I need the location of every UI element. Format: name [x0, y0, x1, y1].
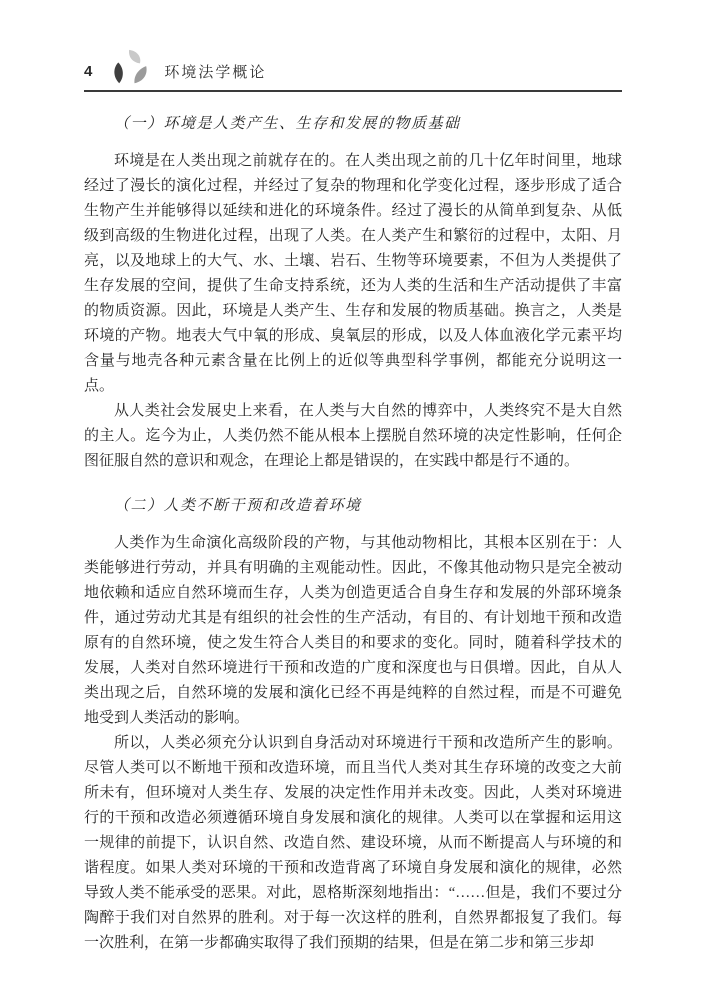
body-paragraph-1: 环境是在人类出现之前就存在的。在人类出现之前的几十亿年时间里，地球经过了漫长的演… — [84, 149, 622, 399]
leaves-logo-icon — [108, 49, 152, 85]
body-paragraph-3: 人类作为生命演化高级阶段的产物，与其他动物相比，其根本区别在于：人类能够进行劳动… — [84, 531, 622, 731]
section-heading-1: （一）环境是人类产生、生存和发展的物质基础 — [84, 112, 622, 137]
running-title: 环境法学概论 — [164, 61, 266, 82]
leaf-bottom-right — [135, 66, 147, 83]
leaf-top — [129, 50, 140, 64]
section-heading-2: （二）人类不断干预和改造着环境 — [84, 494, 622, 519]
leaf-bottom-left — [115, 63, 123, 84]
page-body: （一）环境是人类产生、生存和发展的物质基础 环境是在人类出现之前就存在的。在人类… — [84, 112, 622, 956]
body-paragraph-2: 从人类社会发展史上来看，在人类与大自然的博弈中，人类终究不是大自然的主人。迄今为… — [84, 399, 622, 474]
page-header: 4 环境法学概论 — [84, 58, 622, 92]
body-paragraph-4: 所以，人类必须充分认识到自身活动对环境进行干预和改造所产生的影响。尽管人类可以不… — [84, 731, 622, 956]
book-page: 4 环境法学概论 （一）环境是人类产生、生存和发展的物质基础 环境是在人类出现之… — [0, 0, 706, 982]
page-number: 4 — [84, 63, 92, 80]
